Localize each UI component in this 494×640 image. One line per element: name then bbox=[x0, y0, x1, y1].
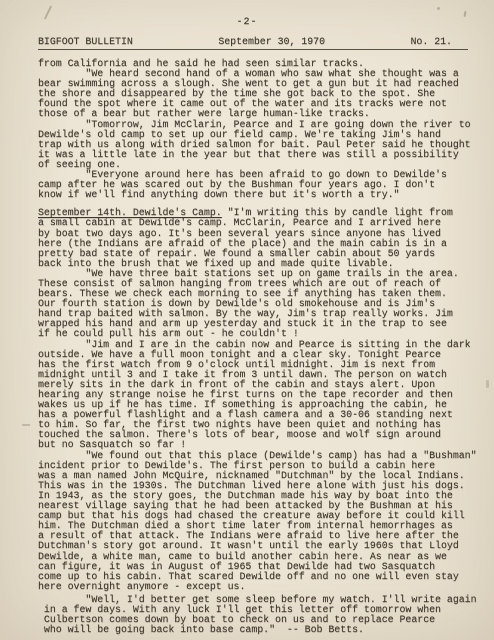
bulletin-title: BIGFOOT BULLETIN bbox=[38, 36, 133, 47]
section-1-text: from California and he said he had seen … bbox=[38, 58, 471, 200]
issue-date: September 30, 1970 bbox=[218, 36, 325, 47]
scanned-newsletter-page: -2- BIGFOOT BULLETIN September 30, 1970 … bbox=[0, 0, 494, 640]
closing-paragraph: "Well, I'd better get some sleep before … bbox=[38, 595, 484, 635]
section-2: September 14th. Dewilde's Camp. "I'm wri… bbox=[38, 208, 484, 592]
paper-dash-mark bbox=[22, 424, 30, 426]
page-number: -2- bbox=[0, 17, 494, 28]
section-2-text: a small cabin at Dewilde's camp. McClari… bbox=[38, 217, 477, 591]
closing-text: "Well, I'd better get some sleep before … bbox=[38, 594, 477, 635]
paper-edge-mark bbox=[486, 380, 489, 388]
paper-speck bbox=[437, 7, 440, 10]
issue-number: No. 21. bbox=[411, 36, 468, 47]
section-1: from California and he said he had seen … bbox=[38, 59, 484, 200]
masthead: BIGFOOT BULLETIN September 30, 1970 No. … bbox=[38, 36, 468, 50]
body-text-block: from California and he said he had seen … bbox=[38, 59, 484, 635]
